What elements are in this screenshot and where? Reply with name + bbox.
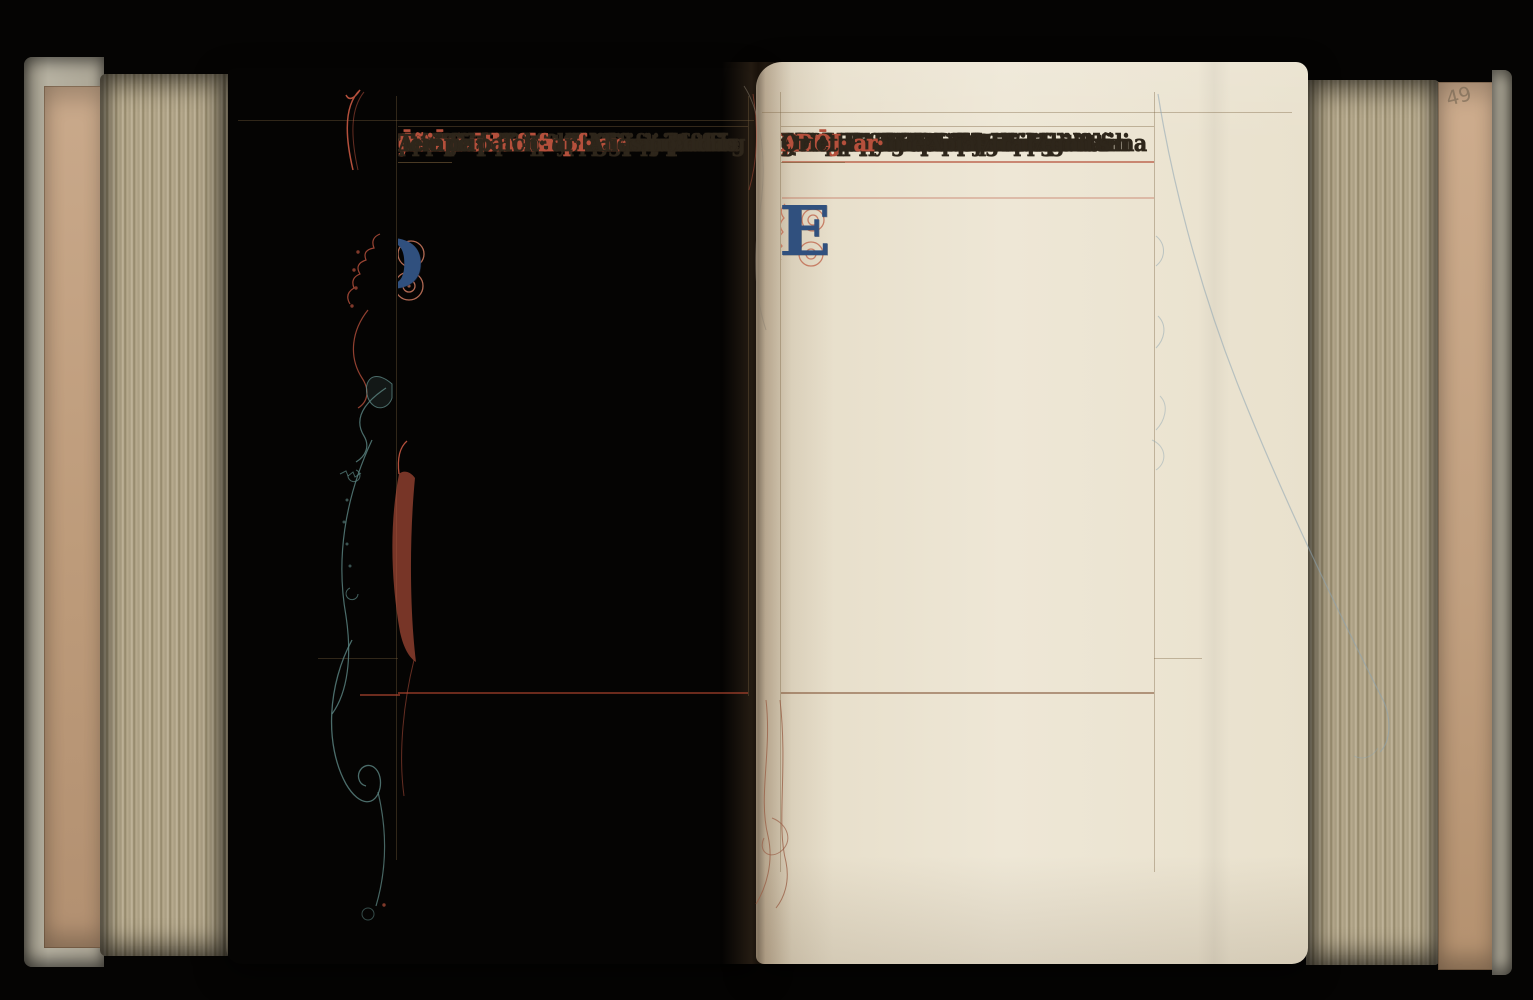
- body-text: Tempe paſch· ar· Alias nō· ſd: [398, 127, 711, 161]
- text-block-right: E 7 fiat de Ali9· ar· que inf· in ā·7 ſe…: [781, 126, 1154, 694]
- initial-d: D: [398, 234, 442, 306]
- ruling-line: [238, 120, 754, 121]
- initial-e: E: [781, 198, 841, 274]
- initial-letter: E: [781, 192, 831, 272]
- ruling-line: [762, 112, 1292, 113]
- page-edge-stack-right: [1306, 80, 1440, 965]
- text-block-left: D uoz genīt ſolita ſuſcipe clemītia· Et …: [398, 126, 748, 694]
- manuscript-photograph: 49 D uoz genīt ſolita ſuſcipe: [0, 0, 1533, 1000]
- ruling-line: [396, 96, 397, 860]
- ruling-line: [1154, 92, 1155, 872]
- ruling-line: [1154, 658, 1202, 659]
- red-ruling-line: [360, 694, 400, 696]
- initial-letter: D: [398, 226, 424, 304]
- ruling-line: [318, 658, 398, 659]
- ruling-line: [748, 96, 749, 696]
- binding-board-right: [1438, 82, 1496, 970]
- page-edge-stack-left: [100, 74, 228, 956]
- body-text: Oriet: [781, 127, 838, 161]
- book-cover-right: [1492, 70, 1512, 975]
- binding-board-left: [44, 86, 104, 948]
